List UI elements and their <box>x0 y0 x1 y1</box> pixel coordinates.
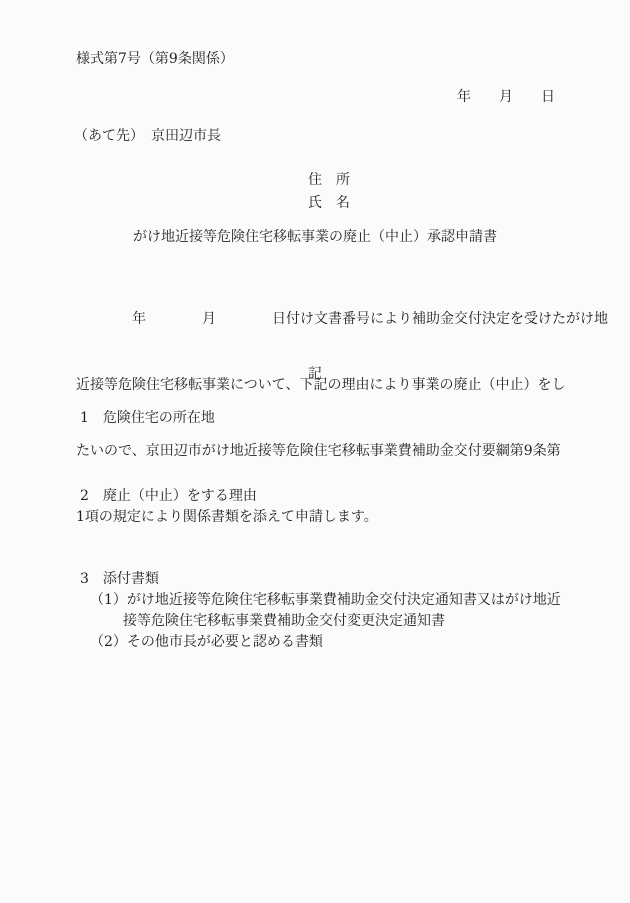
list-item-3-attached-documents: 3 添付書類 <box>80 568 159 590</box>
body-paragraph-line-4: 1項の規定により関係書類を添えて申請します。 <box>76 506 600 528</box>
list-item-1-dangerous-house-location: 1 危険住宅の所在地 <box>80 407 215 429</box>
record-marker: 記 <box>0 363 630 385</box>
form-number: 様式第7号（第9条関係） <box>76 48 234 70</box>
document-title: がけ地近接等危険住宅移転事業の廃止（中止）承認申請書 <box>0 226 630 248</box>
recipient-name-label: 氏 名 <box>308 192 350 214</box>
list-item-3-sub1-line-1: （1）がけ地近接等危険住宅移転事業費補助金交付決定通知書又はがけ地近 <box>90 589 561 611</box>
body-paragraph-line-3: たいので、京田辺市がけ地近接等危険住宅移転事業費補助金交付要綱第9条第 <box>76 440 600 462</box>
date-line: 年 月 日 <box>457 86 555 108</box>
list-item-3-sub2: （2）その他市長が必要と認める書類 <box>90 631 323 653</box>
addressee-line: （あて先） 京田辺市長 <box>74 125 221 147</box>
recipient-address-label: 住 所 <box>308 169 350 191</box>
body-paragraph-line-1: 年 月 日付け文書番号により補助金交付決定を受けたがけ地 <box>76 308 600 330</box>
list-item-2-reason-for-cancellation: 2 廃止（中止）をする理由 <box>80 485 257 507</box>
list-item-3-sub1-line-2: 接等危険住宅移転事業費補助金交付変更決定通知書 <box>123 610 445 632</box>
document-page: 様式第7号（第9条関係） 年 月 日 （あて先） 京田辺市長 住 所 氏 名 が… <box>0 0 630 903</box>
